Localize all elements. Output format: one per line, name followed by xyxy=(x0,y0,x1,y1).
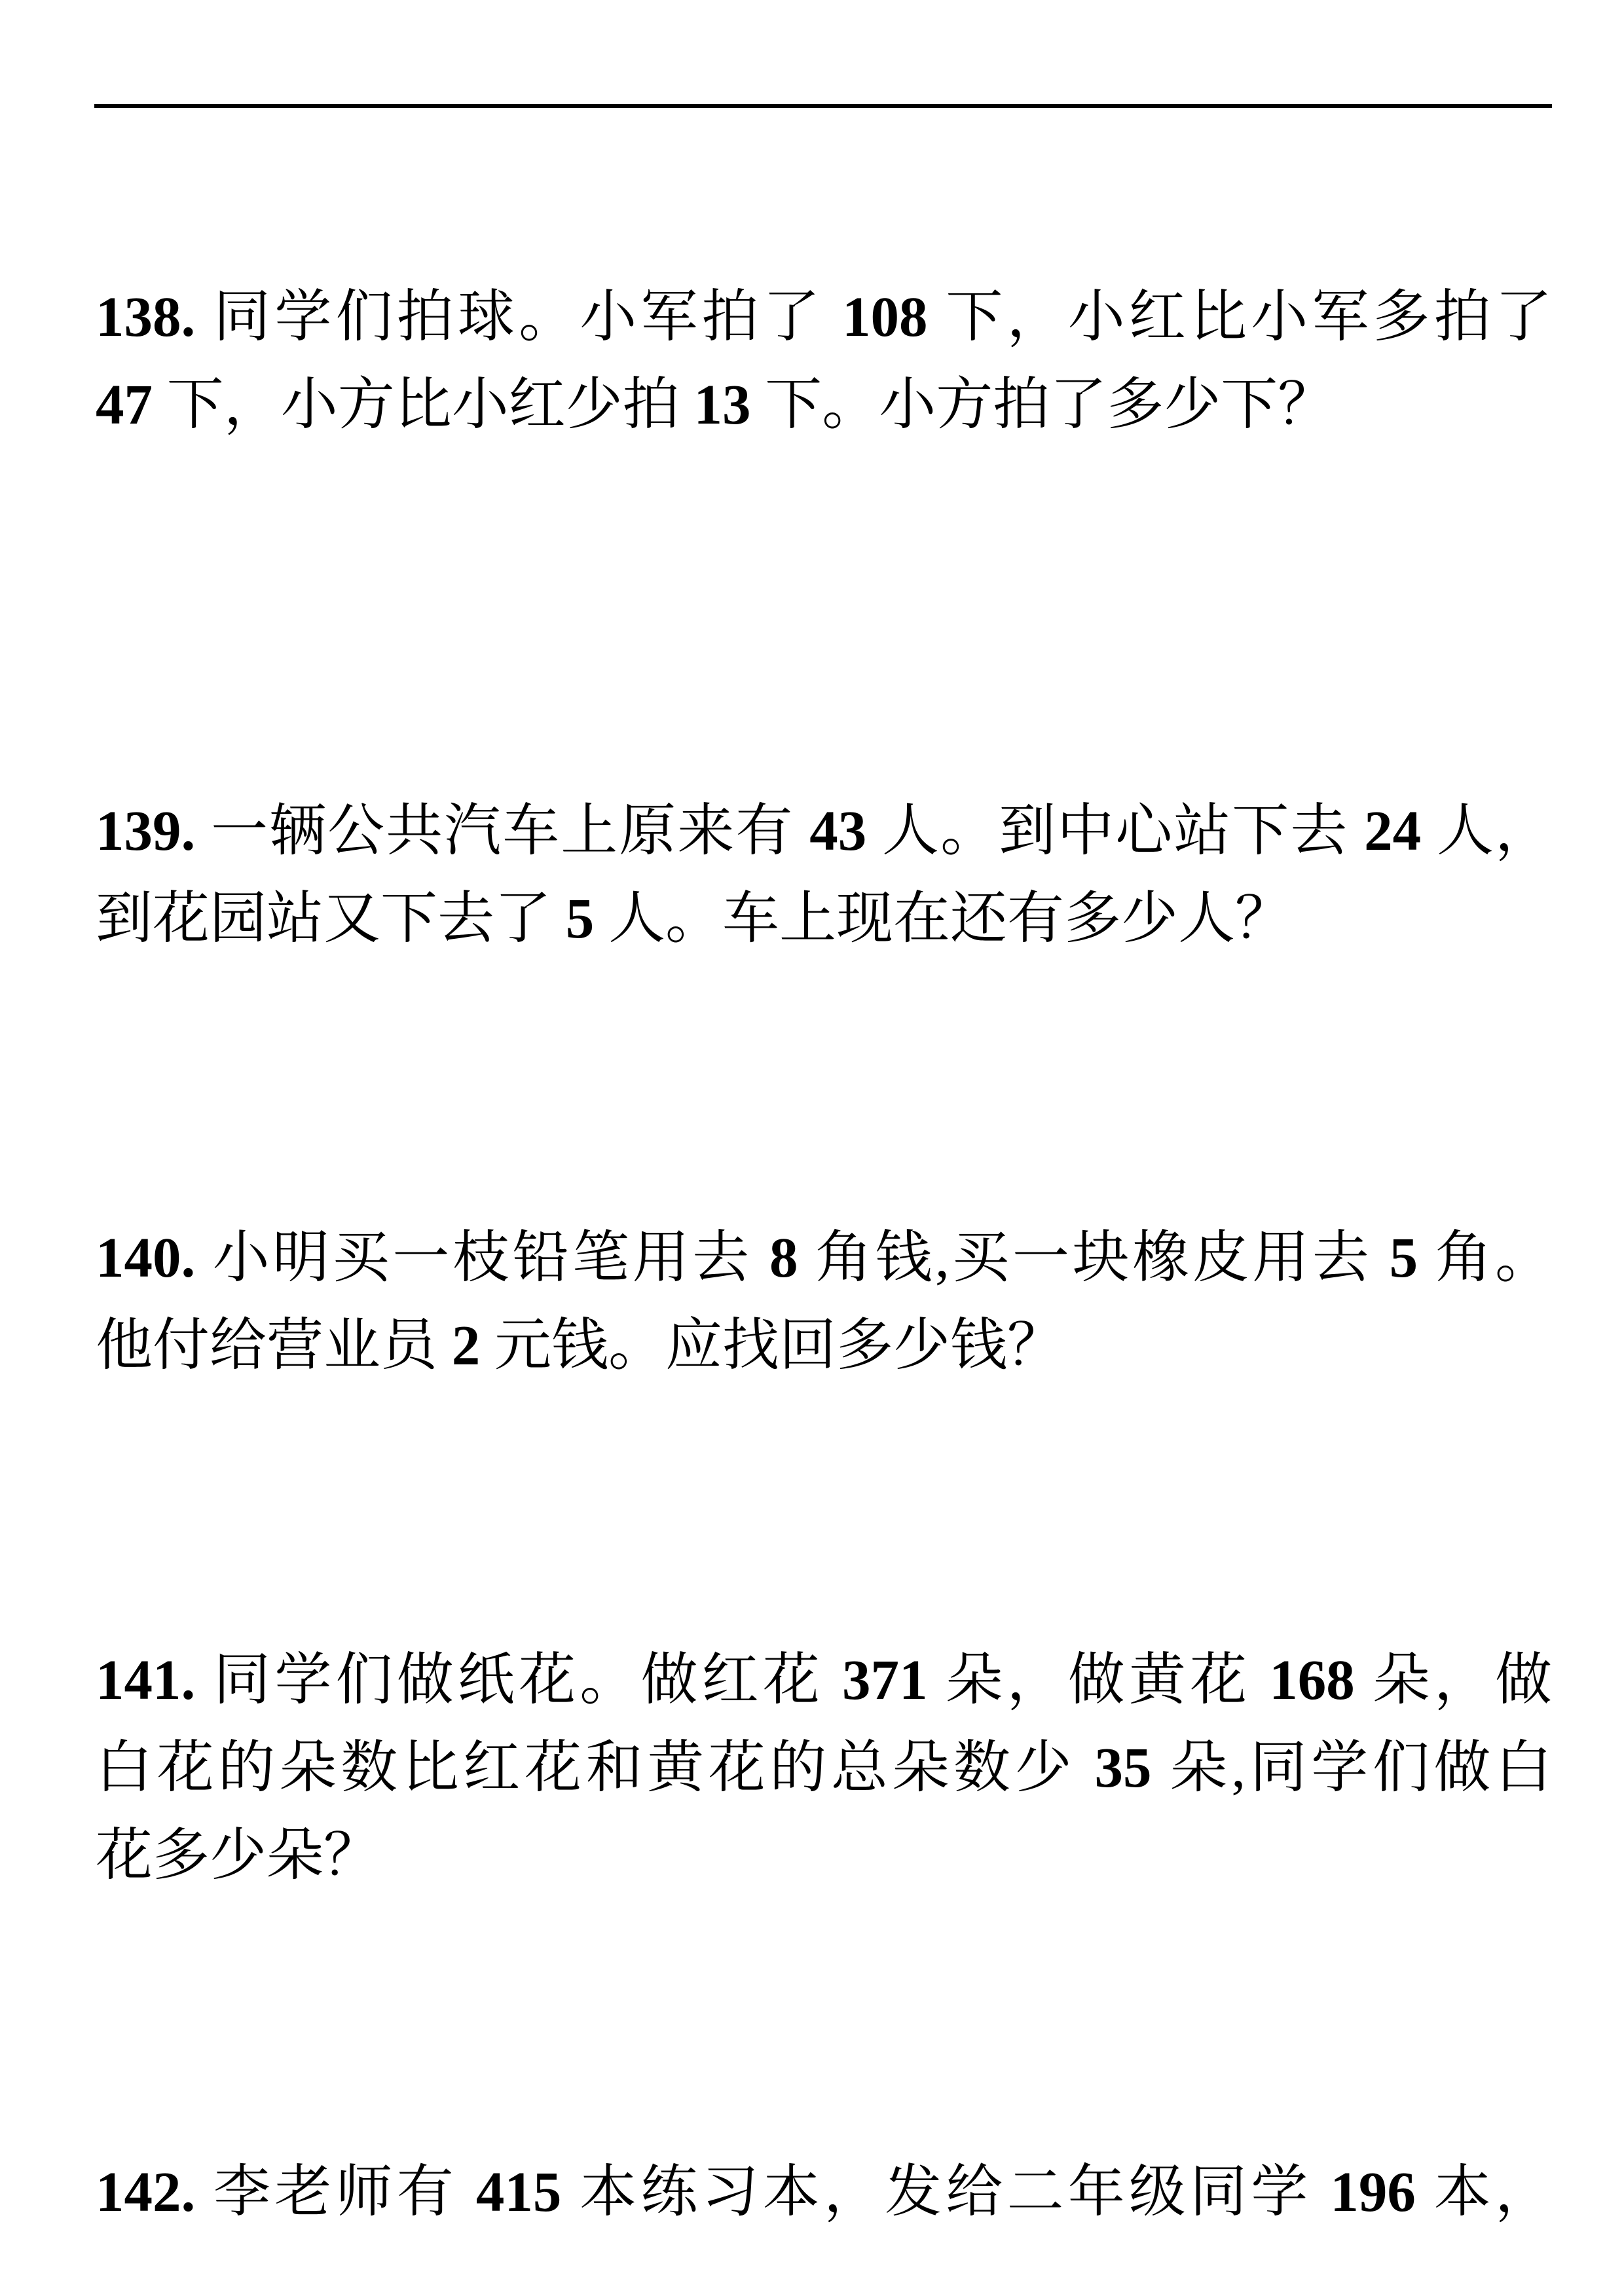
body-text: 同学们拍球。小军拍了 xyxy=(195,285,842,348)
problem-141-line-1: 141. 同学们做纸花。做红花 371 朵，做黄花 168 朵，做 xyxy=(96,1636,1552,1724)
body-text: 人。到中心站下去 xyxy=(866,799,1364,862)
number-text: 139. xyxy=(96,799,195,862)
body-text: 朵，做黄花 xyxy=(927,1648,1269,1711)
problem-139: 139. 一辆公共汽车上原来有 43 人。到中心站下去 24 人，到花园站又下去… xyxy=(96,787,1552,962)
number-text: 8 xyxy=(769,1226,798,1289)
number-text: 47 xyxy=(96,373,153,436)
number-text: 35 xyxy=(1095,1736,1152,1799)
number-text: 142. xyxy=(96,2160,195,2223)
body-text: 同学们做纸花。做红花 xyxy=(195,1648,842,1711)
number-text: 196 xyxy=(1330,2160,1416,2223)
body-text: 李老师有 xyxy=(195,2160,476,2223)
problem-138-line-1: 138. 同学们拍球。小军拍了 108 下，小红比小军多拍了 xyxy=(96,273,1552,361)
problem-141: 141. 同学们做纸花。做红花 371 朵，做黄花 168 朵，做白花的朵数比红… xyxy=(96,1636,1552,1899)
worksheet-page: { "page": { "background_color": "#ffffff… xyxy=(0,0,1624,2296)
body-text: 到花园站又下去了 xyxy=(96,886,566,950)
number-text: 140. xyxy=(96,1226,195,1289)
number-text: 5 xyxy=(566,886,595,950)
problem-141-line-2: 白花的朵数比红花和黄花的总朵数少 35 朵,同学们做白 xyxy=(96,1724,1552,1812)
body-text: 人。车上现在还有多少人？ xyxy=(594,886,1292,950)
body-text: 朵，做 xyxy=(1355,1648,1552,1711)
number-text: 168 xyxy=(1269,1648,1355,1711)
number-text: 415 xyxy=(476,2160,562,2223)
body-text: 元钱。应找回多少钱？ xyxy=(480,1313,1064,1377)
body-text: 小明买一枝铅笔用去 xyxy=(195,1226,769,1289)
body-text: 角钱,买一块橡皮用去 xyxy=(798,1226,1390,1289)
problem-142-line-1: 142. 李老师有 415 本练习本，发给二年级同学 196 本， xyxy=(96,2148,1552,2236)
body-text: 下。小方拍了多少下？ xyxy=(751,373,1335,436)
body-text: 朵,同学们做白 xyxy=(1152,1736,1553,1799)
body-text: 下，小方比小红少拍 xyxy=(153,373,694,436)
problem-138-line-2: 47 下，小方比小红少拍 13 下。小方拍了多少下？ xyxy=(96,361,1552,448)
body-text: 人， xyxy=(1421,799,1552,862)
body-text: 花多少朵？ xyxy=(96,1823,380,1887)
body-text: 一辆公共汽车上原来有 xyxy=(195,799,809,862)
number-text: 43 xyxy=(809,799,866,862)
body-text: 本练习本，发给二年级同学 xyxy=(561,2160,1330,2223)
problem-140-line-2: 他付给营业员 2 元钱。应找回多少钱？ xyxy=(96,1302,1552,1389)
problem-139-line-1: 139. 一辆公共汽车上原来有 43 人。到中心站下去 24 人， xyxy=(96,787,1552,875)
problem-141-line-3: 花多少朵？ xyxy=(96,1812,1552,1899)
problem-140-line-1: 140. 小明买一枝铅笔用去 8 角钱,买一块橡皮用去 5 角。 xyxy=(96,1214,1552,1302)
number-text: 5 xyxy=(1390,1226,1418,1289)
problem-139-line-2: 到花园站又下去了 5 人。车上现在还有多少人？ xyxy=(96,875,1552,962)
number-text: 138. xyxy=(96,285,195,348)
body-text: 下，小红比小军多拍了 xyxy=(927,285,1552,348)
problem-140: 140. 小明买一枝铅笔用去 8 角钱,买一块橡皮用去 5 角。他付给营业员 2… xyxy=(96,1214,1552,1389)
number-text: 108 xyxy=(842,285,928,348)
body-text: 白花的朵数比红花和黄花的总朵数少 xyxy=(96,1736,1095,1799)
number-text: 13 xyxy=(694,373,751,436)
header-rule xyxy=(94,104,1552,108)
body-text: 他付给营业员 xyxy=(96,1313,452,1377)
number-text: 2 xyxy=(452,1313,481,1377)
problem-142: 142. 李老师有 415 本练习本，发给二年级同学 196 本， xyxy=(96,2148,1552,2236)
number-text: 371 xyxy=(842,1648,928,1711)
number-text: 24 xyxy=(1364,799,1421,862)
body-text: 本， xyxy=(1416,2160,1552,2223)
number-text: 141. xyxy=(96,1648,195,1711)
body-text: 角。 xyxy=(1418,1226,1552,1289)
problem-138: 138. 同学们拍球。小军拍了 108 下，小红比小军多拍了47 下，小方比小红… xyxy=(96,273,1552,448)
